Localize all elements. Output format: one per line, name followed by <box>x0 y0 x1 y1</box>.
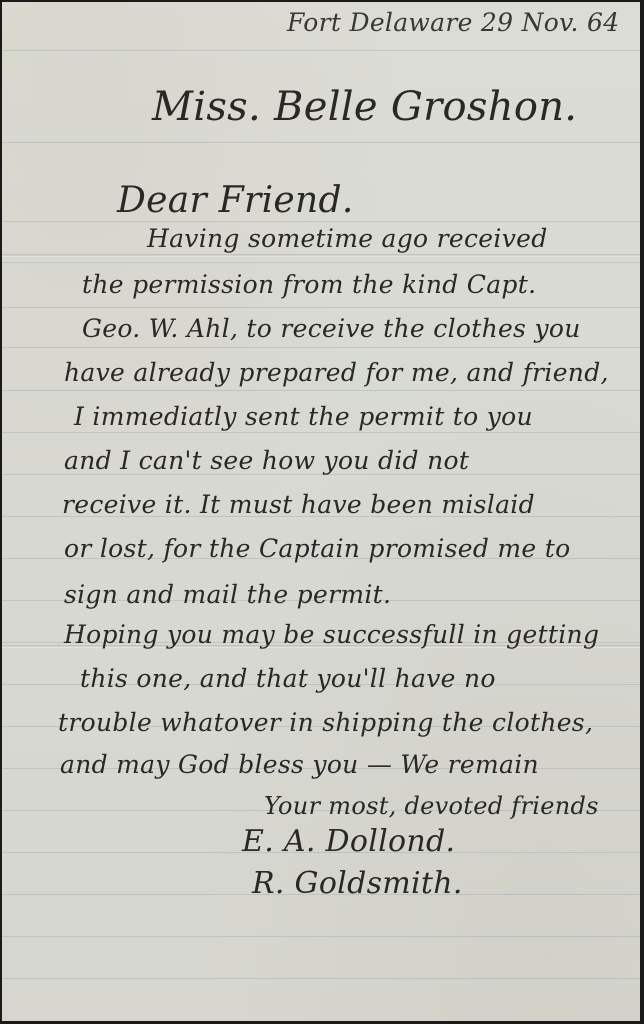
ruled-line <box>2 432 640 433</box>
body-line: Geo. W. Ahl, to receive the clothes you <box>82 314 581 343</box>
ruled-line <box>2 307 640 308</box>
recipient-name: Miss. Belle Groshon. <box>152 84 577 130</box>
ruled-line <box>2 221 640 222</box>
body-line: or lost, for the Captain promised me to <box>64 534 570 563</box>
ruled-line <box>2 347 640 348</box>
body-line: and may God bless you — We remain <box>60 750 539 779</box>
dateline: Fort Delaware 29 Nov. 64 <box>287 8 619 37</box>
ruled-line <box>2 50 640 51</box>
ruled-line <box>2 390 640 391</box>
ruled-line <box>2 978 640 979</box>
body-line: sign and mail the permit. <box>64 580 391 609</box>
signature-2: R. Goldsmith. <box>252 866 463 901</box>
body-line: this one, and that you'll have no <box>80 664 496 693</box>
ruled-line <box>2 142 640 143</box>
signature-1: E. A. Dollond. <box>242 824 455 859</box>
body-line: have already prepared for me, and friend… <box>64 358 609 387</box>
ruled-line <box>2 936 640 937</box>
fold-crease <box>2 254 640 257</box>
body-line: I immediatly sent the permit to you <box>74 402 533 431</box>
closing: Your most, devoted friends <box>264 792 599 820</box>
body-line: trouble whatover in shipping the clothes… <box>58 708 593 737</box>
body-line: Hoping you may be successfull in getting <box>64 620 599 649</box>
letter-page: Fort Delaware 29 Nov. 64 Miss. Belle Gro… <box>2 2 640 1021</box>
salutation: Dear Friend. <box>117 180 354 221</box>
body-line: receive it. It must have been mislaid <box>62 490 535 519</box>
body-line: and I can't see how you did not <box>64 446 469 475</box>
ruled-line <box>2 262 640 263</box>
body-line: Having sometime ago received <box>147 224 548 253</box>
body-line: the permission from the kind Capt. <box>82 270 536 299</box>
